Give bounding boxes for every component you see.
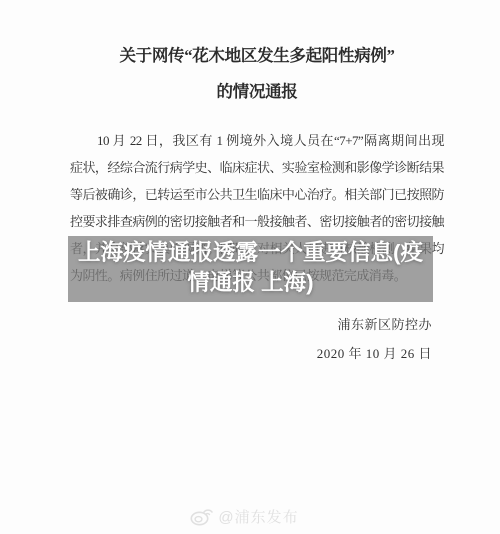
notice-body-line: 控要求排查病例的密切接触者和一般接触者、密切接触者的密切接触	[70, 208, 444, 235]
watermark-handle: @浦东发布	[218, 506, 298, 527]
notice-document: 关于网传“花木地区发生多起阳性病例” 的情况通报 10 月 22 日，我区有 1…	[0, 0, 500, 534]
signature-author: 浦东新区防控办	[70, 310, 432, 339]
notice-title-line-1: 关于网传“花木地区发生多起阳性病例”	[70, 38, 444, 74]
caption-title-line-2: 情通报 上海)	[68, 268, 433, 298]
notice-body-line: 等后被确诊，已转运至市公共卫生临床中心治疗。相关部门已按照防	[70, 181, 444, 208]
signature-block: 浦东新区防控办 2020 年 10 月 26 日	[70, 310, 432, 368]
weibo-logo-icon	[189, 505, 215, 527]
signature-date: 2020 年 10 月 26 日	[70, 339, 432, 368]
notice-title: 关于网传“花木地区发生多起阳性病例” 的情况通报	[70, 38, 444, 110]
weibo-watermark: @浦东发布	[0, 505, 494, 527]
notice-body-line: 症状，经综合流行病学史、临床症状、实验室检测和影像学诊断结果	[70, 154, 444, 181]
notice-title-line-2: 的情况通报	[70, 74, 444, 110]
caption-overlay-banner: 上海疫情通报透露一个重要信息(疫 情通报 上海)	[68, 236, 433, 302]
caption-title-line-1: 上海疫情通报透露一个重要信息(疫	[68, 238, 433, 268]
notice-body-line: 10 月 22 日，我区有 1 例境外入境人员在“7+7”隔离期间出现	[70, 127, 444, 154]
